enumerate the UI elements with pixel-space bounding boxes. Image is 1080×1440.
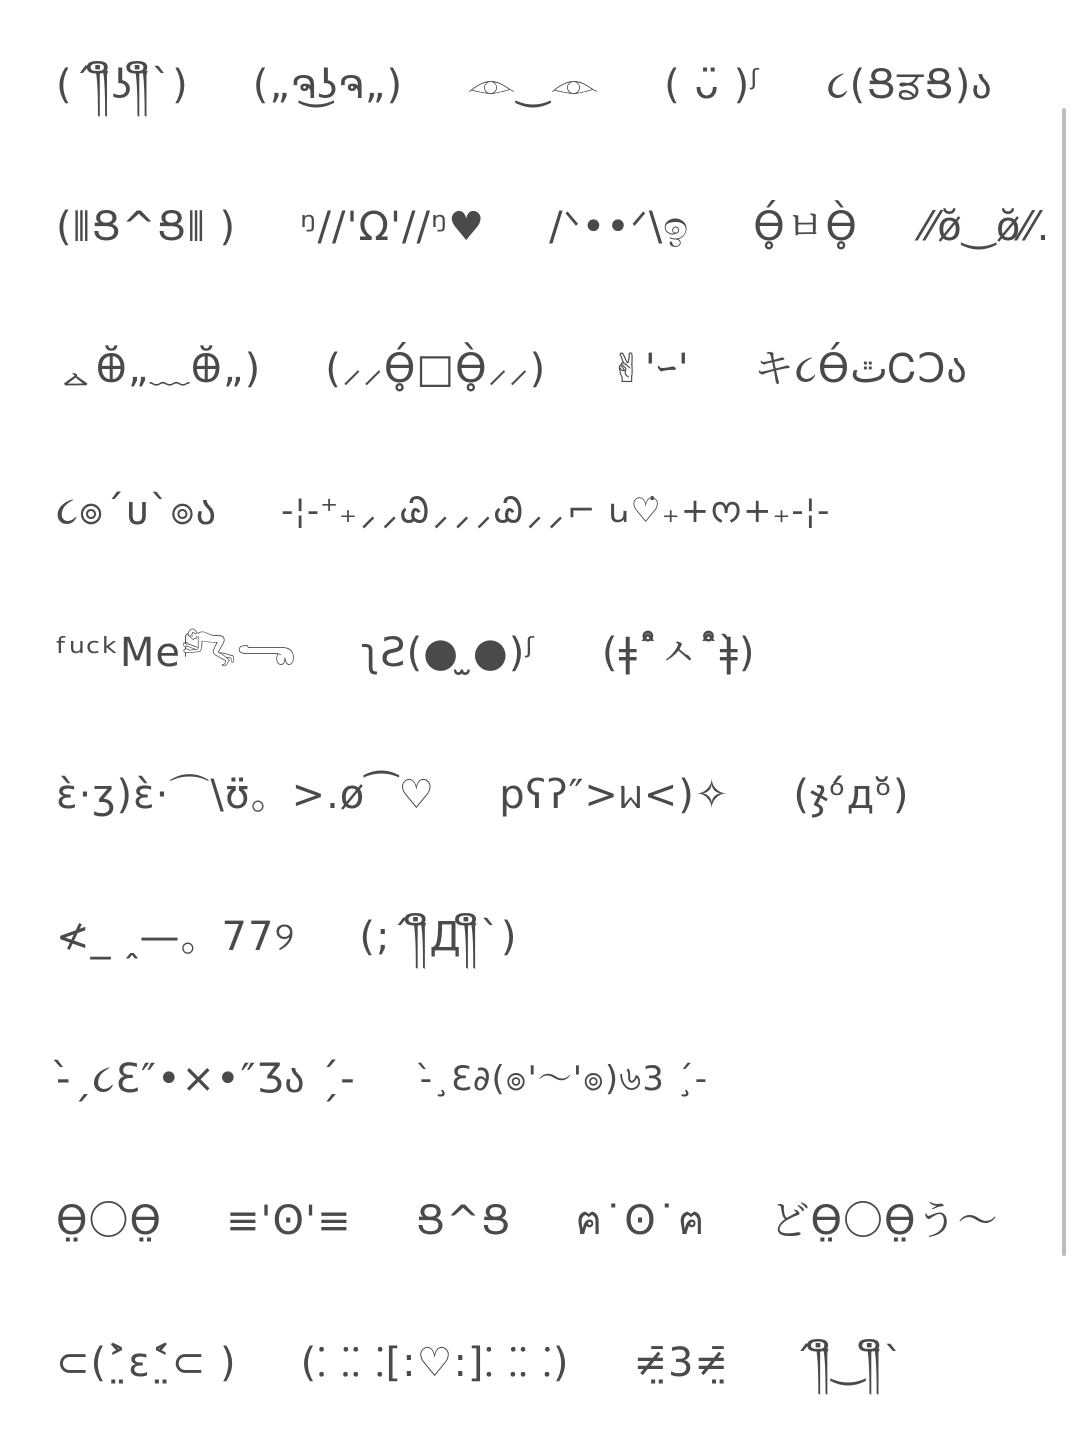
kaomoji-item[interactable]: ʅƧ(● ̫●)ᶴ (361, 633, 538, 673)
kaomoji-row: (⦀Ց^Ց⦀ )ᵑ//'Ω'//ᵑ♥/ᐠ••ᐟ\ඉѲ̥́ㅂѲ̥̀⁄⁄ø̆‿ø̆⁄… (56, 156, 1040, 298)
kaomoji-item[interactable]: ὲ·ʒ)ὲ·⌒\ʊ̈。>.ø⁀♡ (56, 775, 435, 815)
kaomoji-item[interactable]: 𓁹‿𓁹 (467, 65, 600, 105)
kaomoji-row: ὲ·ʒ)ὲ·⌒\ʊ̈。>.ø⁀♡pʕʔ″>ᥕ<)✧(ჯᵒ́дᵒ̆) (56, 724, 1040, 866)
kaomoji-item[interactable]: -̀ˏ૮Ɛ″•×•″Ʒა ˏ́- (56, 1059, 356, 1099)
kaomoji-item[interactable]: ૮๏´ᴜ`๏ა (56, 491, 217, 531)
kaomoji-item[interactable]: どѲ̤〇Ѳ̤う～ (770, 1201, 999, 1241)
kaomoji-row: Ѳ̤〇Ѳ̤≡'Ꙩ'≡Ց^Ցฅ˙Ꙩ˙ฅどѲ̤〇Ѳ̤う～ (56, 1150, 1040, 1292)
kaomoji-item[interactable]: ´༎ຶ‿༎ຶ` (793, 1343, 904, 1383)
kaomoji-item[interactable]: ฅ˙Ꙩ˙ฅ (576, 1201, 706, 1241)
kaomoji-item[interactable]: (´༎ຶʖ༎ຶ`) (56, 65, 189, 105)
kaomoji-item[interactable]: (;´༎ຶД༎ຶ`) (359, 917, 517, 957)
kaomoji-item[interactable]: („ຈ͜ʖຈ„) (253, 65, 403, 105)
kaomoji-row: ⊂(˃̤̀ε˂̤́⊂ )(⸬⸬[:♡:]⸬⸬)≠̤̄3≠̤̄´༎ຶ‿༎ຶ` (56, 1292, 1040, 1434)
kaomoji-item[interactable]: (ჯᵒ́дᵒ̆) (793, 775, 909, 815)
kaomoji-row: (´༎ຶʖ༎ຶ`)(„ຈ͜ʖຈ„)𓁹‿𓁹( ᴗ̈ )ᶴ૮(ՑਡՑ)ა (56, 14, 1040, 156)
kaomoji-item[interactable]: ૮(ՑਡՑ)ა (827, 65, 993, 105)
kaomoji-item[interactable]: ≠̤̄3≠̤̄ (633, 1343, 728, 1383)
kaomoji-item[interactable]: ᵑ//'Ω'//ᵑ♥ (300, 207, 485, 247)
kaomoji-item[interactable]: ⁄⁄ø̆‿ø̆⁄⁄. (922, 207, 1051, 247)
kaomoji-row: ᇫꚚ̆„﹏Ꚛ̆„)(⸝⸝Ѳ̥́□Ѳ̥̀⸝⸝)✌'ｰ'キ૮Ѳ́ﭢᏟƆა (56, 298, 1040, 440)
kaomoji-item[interactable]: (⸬⸬[:♡:]⸬⸬) (301, 1343, 570, 1383)
kaomoji-item[interactable]: ᶠᵘᶜᵏMe𓀐𓂸 (56, 633, 297, 673)
kaomoji-item[interactable]: ᇫꚚ̆„﹏Ꚛ̆„) (56, 349, 261, 389)
kaomoji-item[interactable]: ( ᴗ̈ )ᶴ (664, 65, 763, 105)
kaomoji-item[interactable]: Ѳ̤〇Ѳ̤ (56, 1201, 162, 1241)
kaomoji-item[interactable]: (ǂ˚̂ㅅ˚̂ǂ̀) (602, 633, 756, 673)
kaomoji-item[interactable]: -̀¸Ɛ∂(๏'～'๏)৬3 ¸́- (420, 1062, 708, 1096)
kaomoji-row: ≮_ ꞈ—。77୨(;´༎ຶД༎ຶ`) (56, 866, 1040, 1008)
kaomoji-list: (´༎ຶʖ༎ຶ`)(„ຈ͜ʖຈ„)𓁹‿𓁹( ᴗ̈ )ᶴ૮(ՑਡՑ)ა(⦀Ց^Ց⦀… (0, 0, 1040, 1440)
kaomoji-item[interactable]: pʕʔ″>ᥕ<)✧ (499, 775, 729, 815)
kaomoji-item[interactable]: /ᐠ••ᐟ\ඉ (549, 207, 689, 247)
kaomoji-item[interactable]: Ѳ̥́ㅂѲ̥̀ (753, 207, 858, 247)
kaomoji-item[interactable]: -¦-⁺₊⸝⸝Ꮚ⸝⸝⸝Ꮚ⸝⸝⌐ ꭎ♡̇₊+ᰔ+₊-¦- (281, 494, 830, 528)
kaomoji-item[interactable]: (⦀Ց^Ց⦀ ) (56, 207, 236, 247)
kaomoji-row: ᶠᵘᶜᵏMe𓀐𓂸ʅƧ(● ̫●)ᶴ(ǂ˚̂ㅅ˚̂ǂ̀) (56, 582, 1040, 724)
scrollbar-thumb[interactable] (1062, 108, 1066, 1256)
kaomoji-item[interactable]: Ց^Ց (415, 1201, 511, 1241)
kaomoji-item[interactable]: ≮_ ꞈ—。77୨ (56, 917, 295, 957)
kaomoji-item[interactable]: (⸝⸝Ѳ̥́□Ѳ̥̀⸝⸝) (325, 349, 546, 389)
kaomoji-item[interactable]: ≡'Ꙩ'≡ (226, 1201, 352, 1241)
kaomoji-item[interactable]: ✌'ｰ' (610, 349, 690, 389)
kaomoji-item[interactable]: ⊂(˃̤̀ε˂̤́⊂ ) (56, 1343, 237, 1383)
kaomoji-row: -̀ˏ૮Ɛ″•×•″Ʒა ˏ́--̀¸Ɛ∂(๏'～'๏)৬3 ¸́- (56, 1008, 1040, 1150)
kaomoji-row: ૮๏´ᴜ`๏ა-¦-⁺₊⸝⸝Ꮚ⸝⸝⸝Ꮚ⸝⸝⌐ ꭎ♡̇₊+ᰔ+₊-¦- (56, 440, 1040, 582)
kaomoji-item[interactable]: キ૮Ѳ́ﭢᏟƆა (754, 349, 968, 389)
